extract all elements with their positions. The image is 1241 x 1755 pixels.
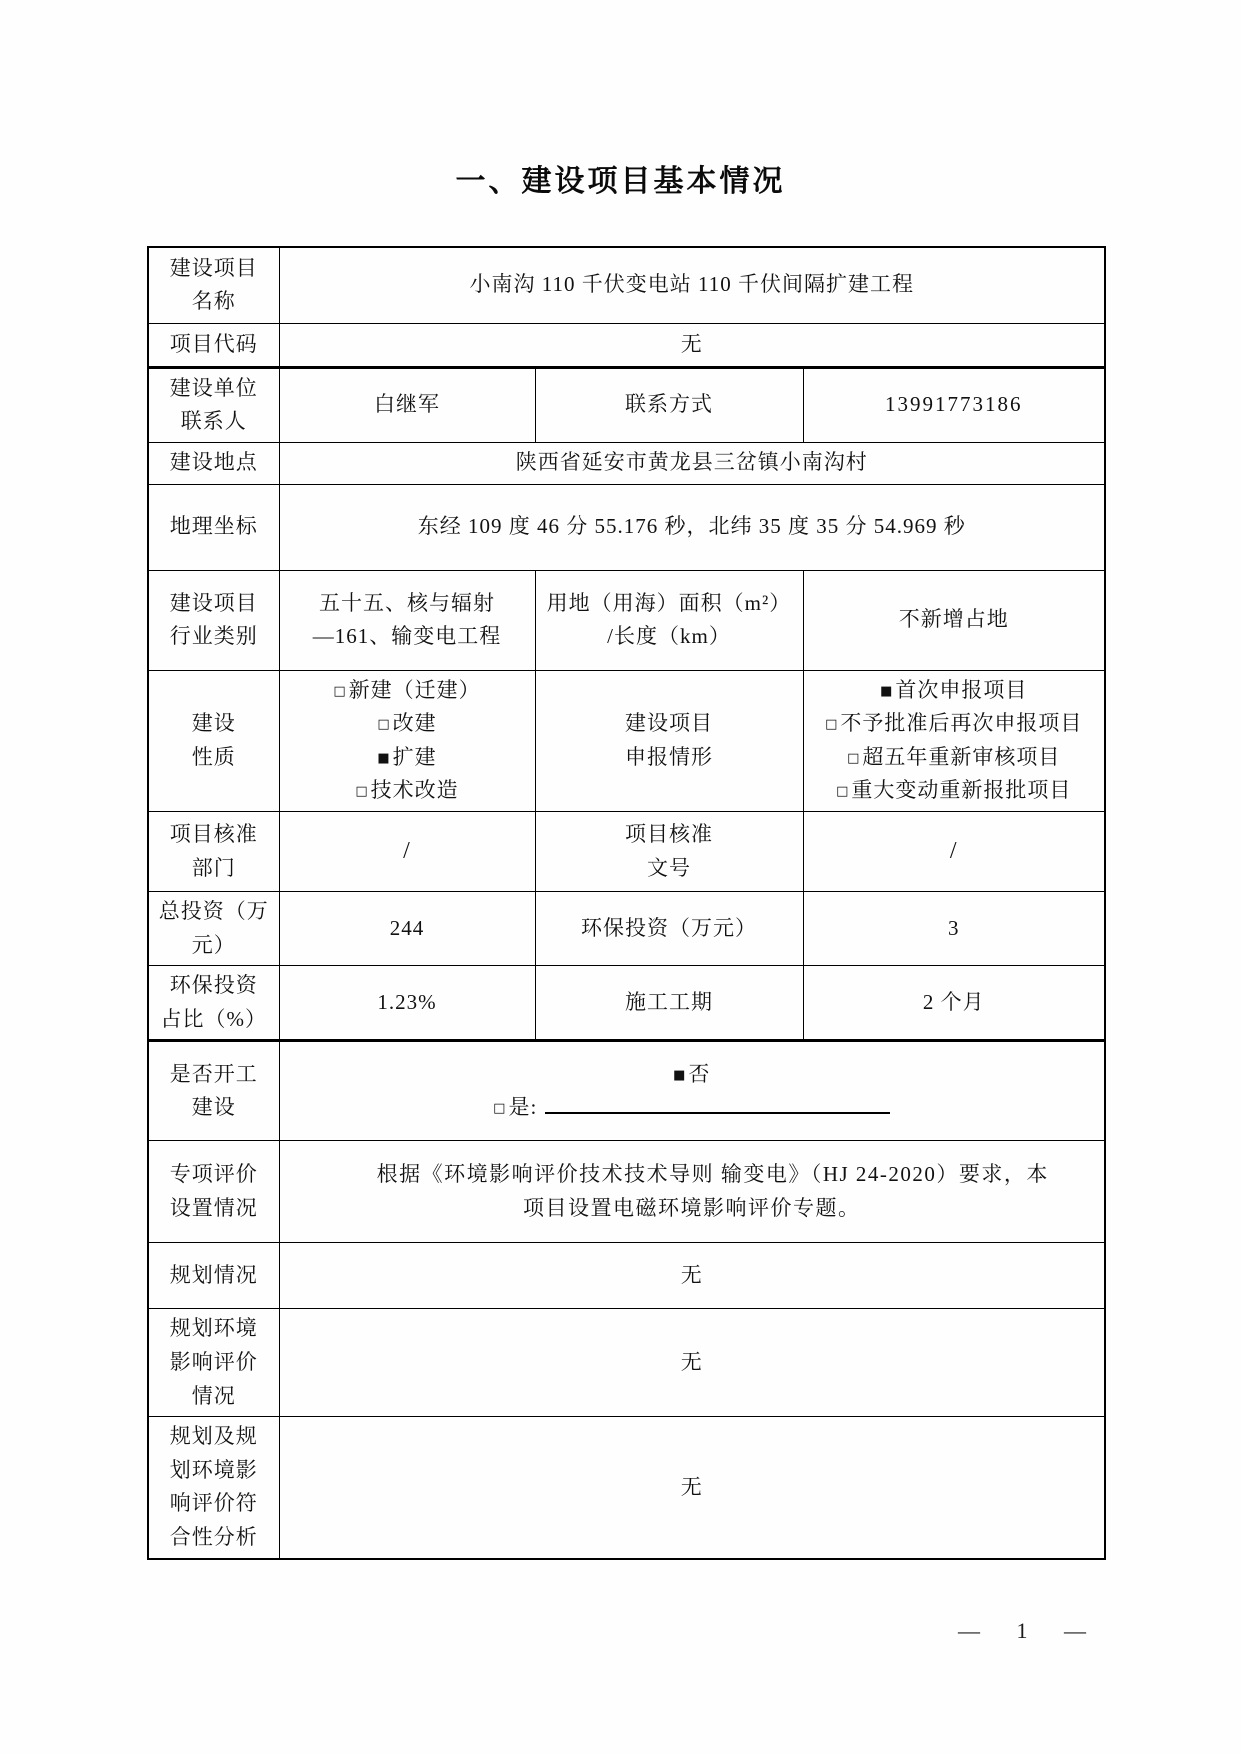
planning-label: 规划情况 (148, 1243, 279, 1309)
row-planning-analysis: 规划及规 划环境影 响评价符 合性分析 无 (148, 1417, 1105, 1559)
project-code-value: 无 (279, 323, 1105, 367)
declare-option-label: 首次申报项目 (895, 678, 1027, 702)
row-industry: 建设项目 行业类别 五十五、核与辐射 —161、输变电工程 用地（用海）面积（m… (148, 570, 1105, 670)
row-investment: 总投资（万 元） 244 环保投资（万元） 3 (148, 892, 1105, 966)
project-code-label: 项目代码 (148, 323, 279, 367)
declare-options: ■首次申报项目 □不予批准后再次申报项目 □超五年重新审核项目 □重大变动重新报… (803, 670, 1105, 811)
row-planning: 规划情况 无 (148, 1243, 1105, 1309)
started-option-no: ■否 (288, 1058, 1097, 1092)
nature-option-label: 改建 (393, 711, 437, 735)
checkbox-checked-icon: ■ (673, 1068, 685, 1083)
started-yes-label: 是: (508, 1095, 537, 1119)
nature-option-label: 技术改造 (371, 778, 459, 802)
approval-dept-label: 项目核准 部门 (148, 812, 279, 892)
ratio-label: 环保投资 占比（%） (148, 966, 279, 1041)
industry-land-value: 不新增占地 (803, 570, 1105, 670)
project-name-value: 小南沟 110 千伏变电站 110 千伏间隔扩建工程 (279, 247, 1105, 323)
env-investment-label: 环保投资（万元） (535, 892, 803, 966)
row-started: 是否开工 建设 ■否 □是: (148, 1041, 1105, 1141)
nature-label: 建设 性质 (148, 670, 279, 811)
industry-land-label: 用地（用海）面积（m²） /长度（km） (535, 570, 803, 670)
declare-option: □超五年重新审核项目 (812, 741, 1097, 775)
declare-option: □不予批准后再次申报项目 (812, 707, 1097, 741)
row-planning-eia: 规划环境 影响评价 情况 无 (148, 1309, 1105, 1417)
document-page: 一、建设项目基本情况 建设项目 名称 小南沟 110 千伏变电站 110 千伏间… (0, 0, 1241, 1755)
declare-option-label: 重大变动重新报批项目 (851, 778, 1071, 802)
coordinates-value: 东经 109 度 46 分 55.176 秒，北纬 35 度 35 分 54.9… (279, 484, 1105, 570)
planning-analysis-value: 无 (279, 1417, 1105, 1559)
started-value: ■否 □是: (279, 1041, 1105, 1141)
industry-label: 建设项目 行业类别 (148, 570, 279, 670)
approval-dept-value: / (279, 812, 535, 892)
footer-dash-right: — (1064, 1618, 1086, 1644)
coordinates-label: 地理坐标 (148, 484, 279, 570)
special-eval-value: 根据《环境影响评价技术技术导则 输变电》（HJ 24-2020）要求，本 项目设… (279, 1141, 1105, 1243)
checkbox-unchecked-icon: □ (847, 751, 859, 766)
checkbox-checked-icon: ■ (880, 684, 892, 699)
contact-method-label: 联系方式 (535, 367, 803, 442)
env-investment-value: 3 (803, 892, 1105, 966)
checkbox-unchecked-icon: □ (493, 1101, 505, 1116)
period-value: 2 个月 (803, 966, 1105, 1041)
basic-info-table: 建设项目 名称 小南沟 110 千伏变电站 110 千伏间隔扩建工程 项目代码 … (147, 246, 1106, 1560)
row-nature: 建设 性质 □新建（迁建） □改建 ■扩建 □技术改造 建设项目 申报情形 ■首… (148, 670, 1105, 811)
row-special-eval: 专项评价 设置情况 根据《环境影响评价技术技术导则 输变电》（HJ 24-202… (148, 1141, 1105, 1243)
special-eval-label: 专项评价 设置情况 (148, 1141, 279, 1243)
planning-analysis-label: 规划及规 划环境影 响评价符 合性分析 (148, 1417, 279, 1559)
checkbox-unchecked-icon: □ (825, 717, 837, 732)
declare-option: □重大变动重新报批项目 (812, 774, 1097, 808)
investment-label: 总投资（万 元） (148, 892, 279, 966)
industry-category: 五十五、核与辐射 —161、输变电工程 (279, 570, 535, 670)
footer-dash-left: — (958, 1618, 980, 1644)
checkbox-unchecked-icon: □ (355, 784, 367, 799)
page-title: 一、建设项目基本情况 (0, 156, 1241, 200)
planning-value: 无 (279, 1243, 1105, 1309)
row-approval: 项目核准 部门 / 项目核准 文号 / (148, 812, 1105, 892)
period-label: 施工工期 (535, 966, 803, 1041)
footer-page-number: 1 (1017, 1618, 1028, 1644)
checkbox-checked-icon: ■ (377, 751, 389, 766)
checkbox-unchecked-icon: □ (377, 717, 389, 732)
location-label: 建设地点 (148, 442, 279, 484)
row-contact: 建设单位 联系人 白继军 联系方式 13991773186 (148, 367, 1105, 442)
nature-option-label: 新建（迁建） (349, 678, 481, 702)
planning-eia-value: 无 (279, 1309, 1105, 1417)
nature-options: □新建（迁建） □改建 ■扩建 □技术改造 (279, 670, 535, 811)
nature-option: □新建（迁建） (288, 674, 527, 708)
declare-label: 建设项目 申报情形 (535, 670, 803, 811)
nature-option: □改建 (288, 707, 527, 741)
investment-total: 244 (279, 892, 535, 966)
page-footer: — 1 — (958, 1618, 1086, 1644)
checkbox-unchecked-icon: □ (836, 784, 848, 799)
declare-option: ■首次申报项目 (812, 674, 1097, 708)
approval-doc-value: / (803, 812, 1105, 892)
contact-person: 白继军 (279, 367, 535, 442)
location-value: 陕西省延安市黄龙县三岔镇小南沟村 (279, 442, 1105, 484)
declare-option-label: 超五年重新审核项目 (862, 745, 1060, 769)
started-label: 是否开工 建设 (148, 1041, 279, 1141)
declare-option-label: 不予批准后再次申报项目 (840, 711, 1082, 735)
ratio-value: 1.23% (279, 966, 535, 1041)
contact-phone: 13991773186 (803, 367, 1105, 442)
row-project-code: 项目代码 无 (148, 323, 1105, 367)
checkbox-unchecked-icon: □ (333, 684, 345, 699)
approval-doc-label: 项目核准 文号 (535, 812, 803, 892)
row-location: 建设地点 陕西省延安市黄龙县三岔镇小南沟村 (148, 442, 1105, 484)
nature-option: □技术改造 (288, 774, 527, 808)
nature-option-label: 扩建 (393, 745, 437, 769)
project-name-label: 建设项目 名称 (148, 247, 279, 323)
contact-label: 建设单位 联系人 (148, 367, 279, 442)
row-project-name: 建设项目 名称 小南沟 110 千伏变电站 110 千伏间隔扩建工程 (148, 247, 1105, 323)
row-ratio: 环保投资 占比（%） 1.23% 施工工期 2 个月 (148, 966, 1105, 1041)
planning-eia-label: 规划环境 影响评价 情况 (148, 1309, 279, 1417)
nature-option: ■扩建 (288, 741, 527, 775)
row-coordinates: 地理坐标 东经 109 度 46 分 55.176 秒，北纬 35 度 35 分… (148, 484, 1105, 570)
started-no-label: 否 (688, 1062, 710, 1086)
fill-in-blank-line (545, 1091, 890, 1114)
started-option-yes: □是: (288, 1091, 1097, 1125)
